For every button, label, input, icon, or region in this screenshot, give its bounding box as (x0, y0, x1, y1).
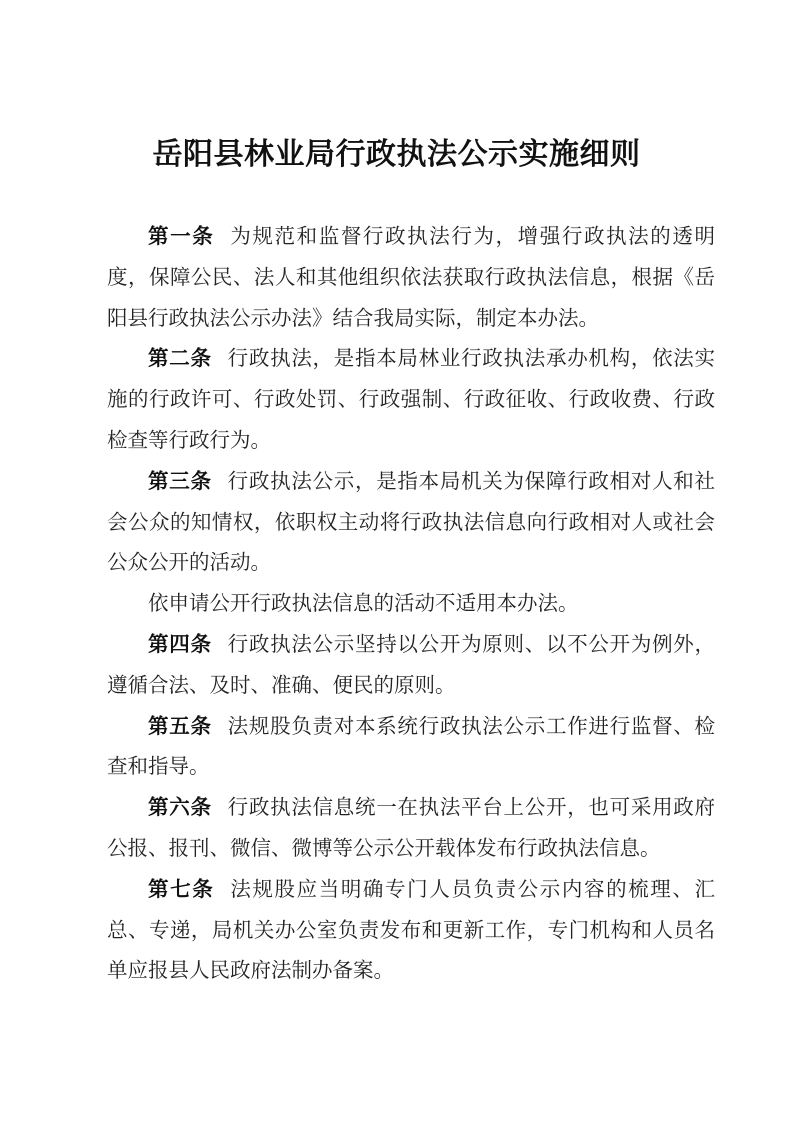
article-number: 第三条 (148, 469, 212, 493)
article-number: 第七条 (148, 877, 214, 901)
article-2: 第二条行政执法，是指本局林业行政执法承办机构，依法实施的行政许可、行政处罚、行政… (107, 338, 715, 460)
article-number: 第五条 (148, 714, 212, 738)
article-5: 第五条法规股负责对本系统行政执法公示工作进行监督、检查和指导。 (107, 706, 715, 788)
article-7: 第七条法规股应当明确专门人员负责公示内容的梳理、汇总、专递，局机关办公室负责发布… (107, 869, 715, 991)
document-page: 岳阳县林业局行政执法公示实施细则 第一条为规范和监督行政执法行为，增强行政执法的… (0, 0, 793, 1122)
article-1: 第一条为规范和监督行政执法行为，增强行政执法的透明度，保障公民、法人和其他组织依… (107, 216, 715, 338)
article-number: 第一条 (148, 224, 214, 248)
article-3: 第三条行政执法公示，是指本局机关为保障行政相对人和社会公众的知情权，依职权主动将… (107, 461, 715, 583)
article-number: 第六条 (148, 795, 212, 819)
article-text: 依申请公开行政执法信息的活动不适用本办法。 (148, 591, 579, 615)
article-6: 第六条行政执法信息统一在执法平台上公开，也可采用政府公报、报刊、微信、微博等公示… (107, 787, 715, 869)
article-3-supplement: 依申请公开行政执法信息的活动不适用本办法。 (107, 583, 715, 624)
document-body: 第一条为规范和监督行政执法行为，增强行政执法的透明度，保障公民、法人和其他组织依… (107, 216, 715, 991)
article-number: 第四条 (148, 632, 212, 656)
article-4: 第四条行政执法公示坚持以公开为原则、以不公开为例外，遵循合法、及时、准确、便民的… (107, 624, 715, 706)
article-number: 第二条 (148, 346, 212, 370)
document-title: 岳阳县林业局行政执法公示实施细则 (0, 135, 793, 175)
